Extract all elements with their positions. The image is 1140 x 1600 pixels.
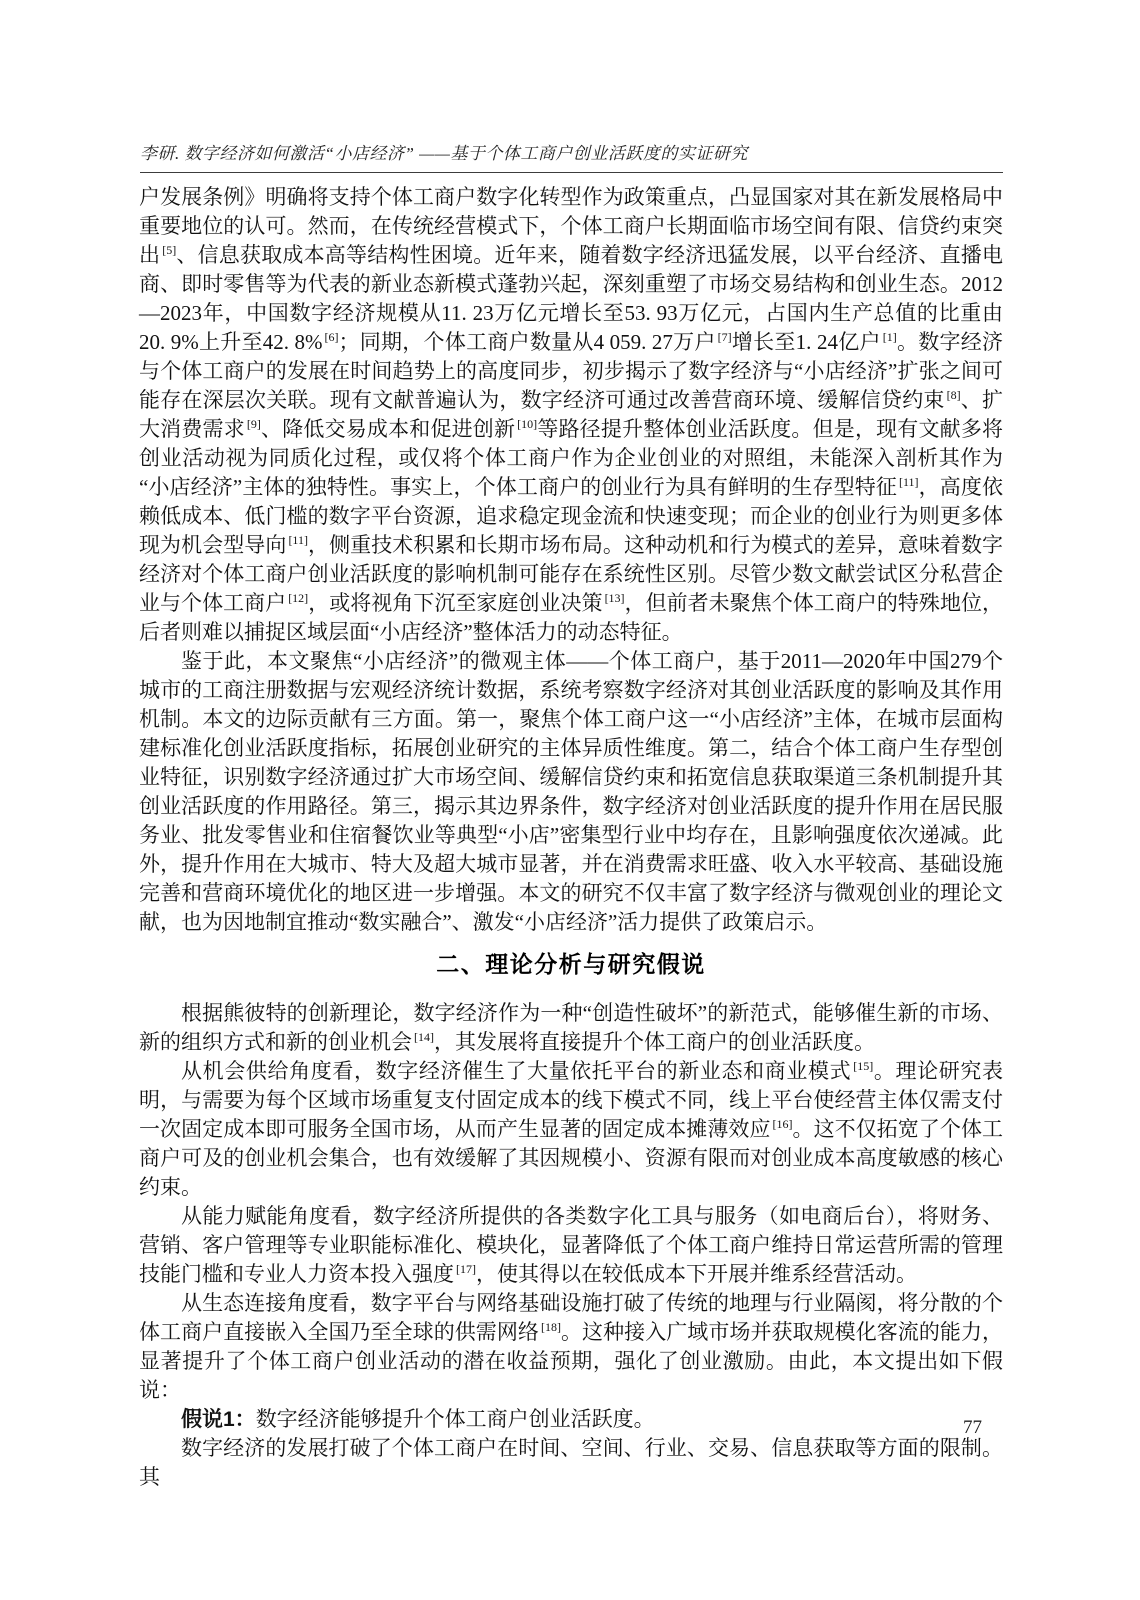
paragraph-mechanism-intro: 数字经济的发展打破了个体工商户在时间、空间、行业、交易、信息获取等方面的限制。其 xyxy=(139,1434,1003,1492)
reference-superscript: [10] xyxy=(517,417,537,431)
reference-superscript: [12] xyxy=(288,591,308,605)
paper-page: 李研. 数字经济如何激活“小店经济” ——基于个体工商户创业活跃度的实证研究 户… xyxy=(0,0,1140,1600)
reference-superscript: [18] xyxy=(541,1320,561,1334)
reference-superscript: [8] xyxy=(947,388,961,402)
reference-superscript: [6] xyxy=(325,330,339,344)
paragraph-hypothesis-1: 假说1：数字经济能够提升个体工商户创业活跃度。 xyxy=(139,1405,1003,1434)
article-body: 户发展条例》明确将支持个体工商户数字化转型作为政策重点，凸显国家对其在新发展格局… xyxy=(139,183,1003,1492)
running-header-text: 李研. 数字经济如何激活“小店经济” ——基于个体工商户创业活跃度的实证研究 xyxy=(140,144,748,163)
reference-superscript: [9] xyxy=(247,417,261,431)
reference-superscript: [17] xyxy=(456,1262,476,1276)
hypothesis-label: 假说1： xyxy=(181,1408,256,1431)
reference-superscript: [11] xyxy=(899,475,919,489)
reference-superscript: [13] xyxy=(605,591,625,605)
reference-superscript: [15] xyxy=(853,1059,873,1073)
reference-superscript: [16] xyxy=(773,1117,793,1131)
paragraph-capability-enablement: 从能力赋能角度看，数字经济所提供的各类数字化工具与服务（如电商后台），将财务、营… xyxy=(139,1202,1003,1289)
paragraph-contributions: 鉴于此，本文聚焦“小店经济”的微观主体——个体工商户，基于2011—2020年中… xyxy=(139,647,1003,937)
paragraph-ecosystem-connection: 从生态连接角度看，数字平台与网络基础设施打破了传统的地理与行业隔阂，将分散的个体… xyxy=(139,1289,1003,1405)
section-heading-theory-hypotheses: 二、理论分析与研究假说 xyxy=(139,948,1003,981)
reference-superscript: [11] xyxy=(288,533,308,547)
running-header: 李研. 数字经济如何激活“小店经济” ——基于个体工商户创业活跃度的实证研究 xyxy=(140,142,1003,173)
reference-superscript: [14] xyxy=(414,1030,434,1044)
page-number: 77 xyxy=(963,1416,982,1440)
paragraph-intro-continued: 户发展条例》明确将支持个体工商户数字化转型作为政策重点，凸显国家对其在新发展格局… xyxy=(139,183,1003,647)
reference-superscript: [1] xyxy=(883,330,897,344)
paragraph-opportunity-supply: 从机会供给角度看，数字经济催生了大量依托平台的新业态和商业模式[15]。理论研究… xyxy=(139,1057,1003,1202)
reference-superscript: [5] xyxy=(162,243,176,257)
paragraph-schumpeter-theory: 根据熊彼特的创新理论，数字经济作为一种“创造性破坏”的新范式，能够催生新的市场、… xyxy=(139,999,1003,1057)
reference-superscript: [7] xyxy=(718,330,732,344)
